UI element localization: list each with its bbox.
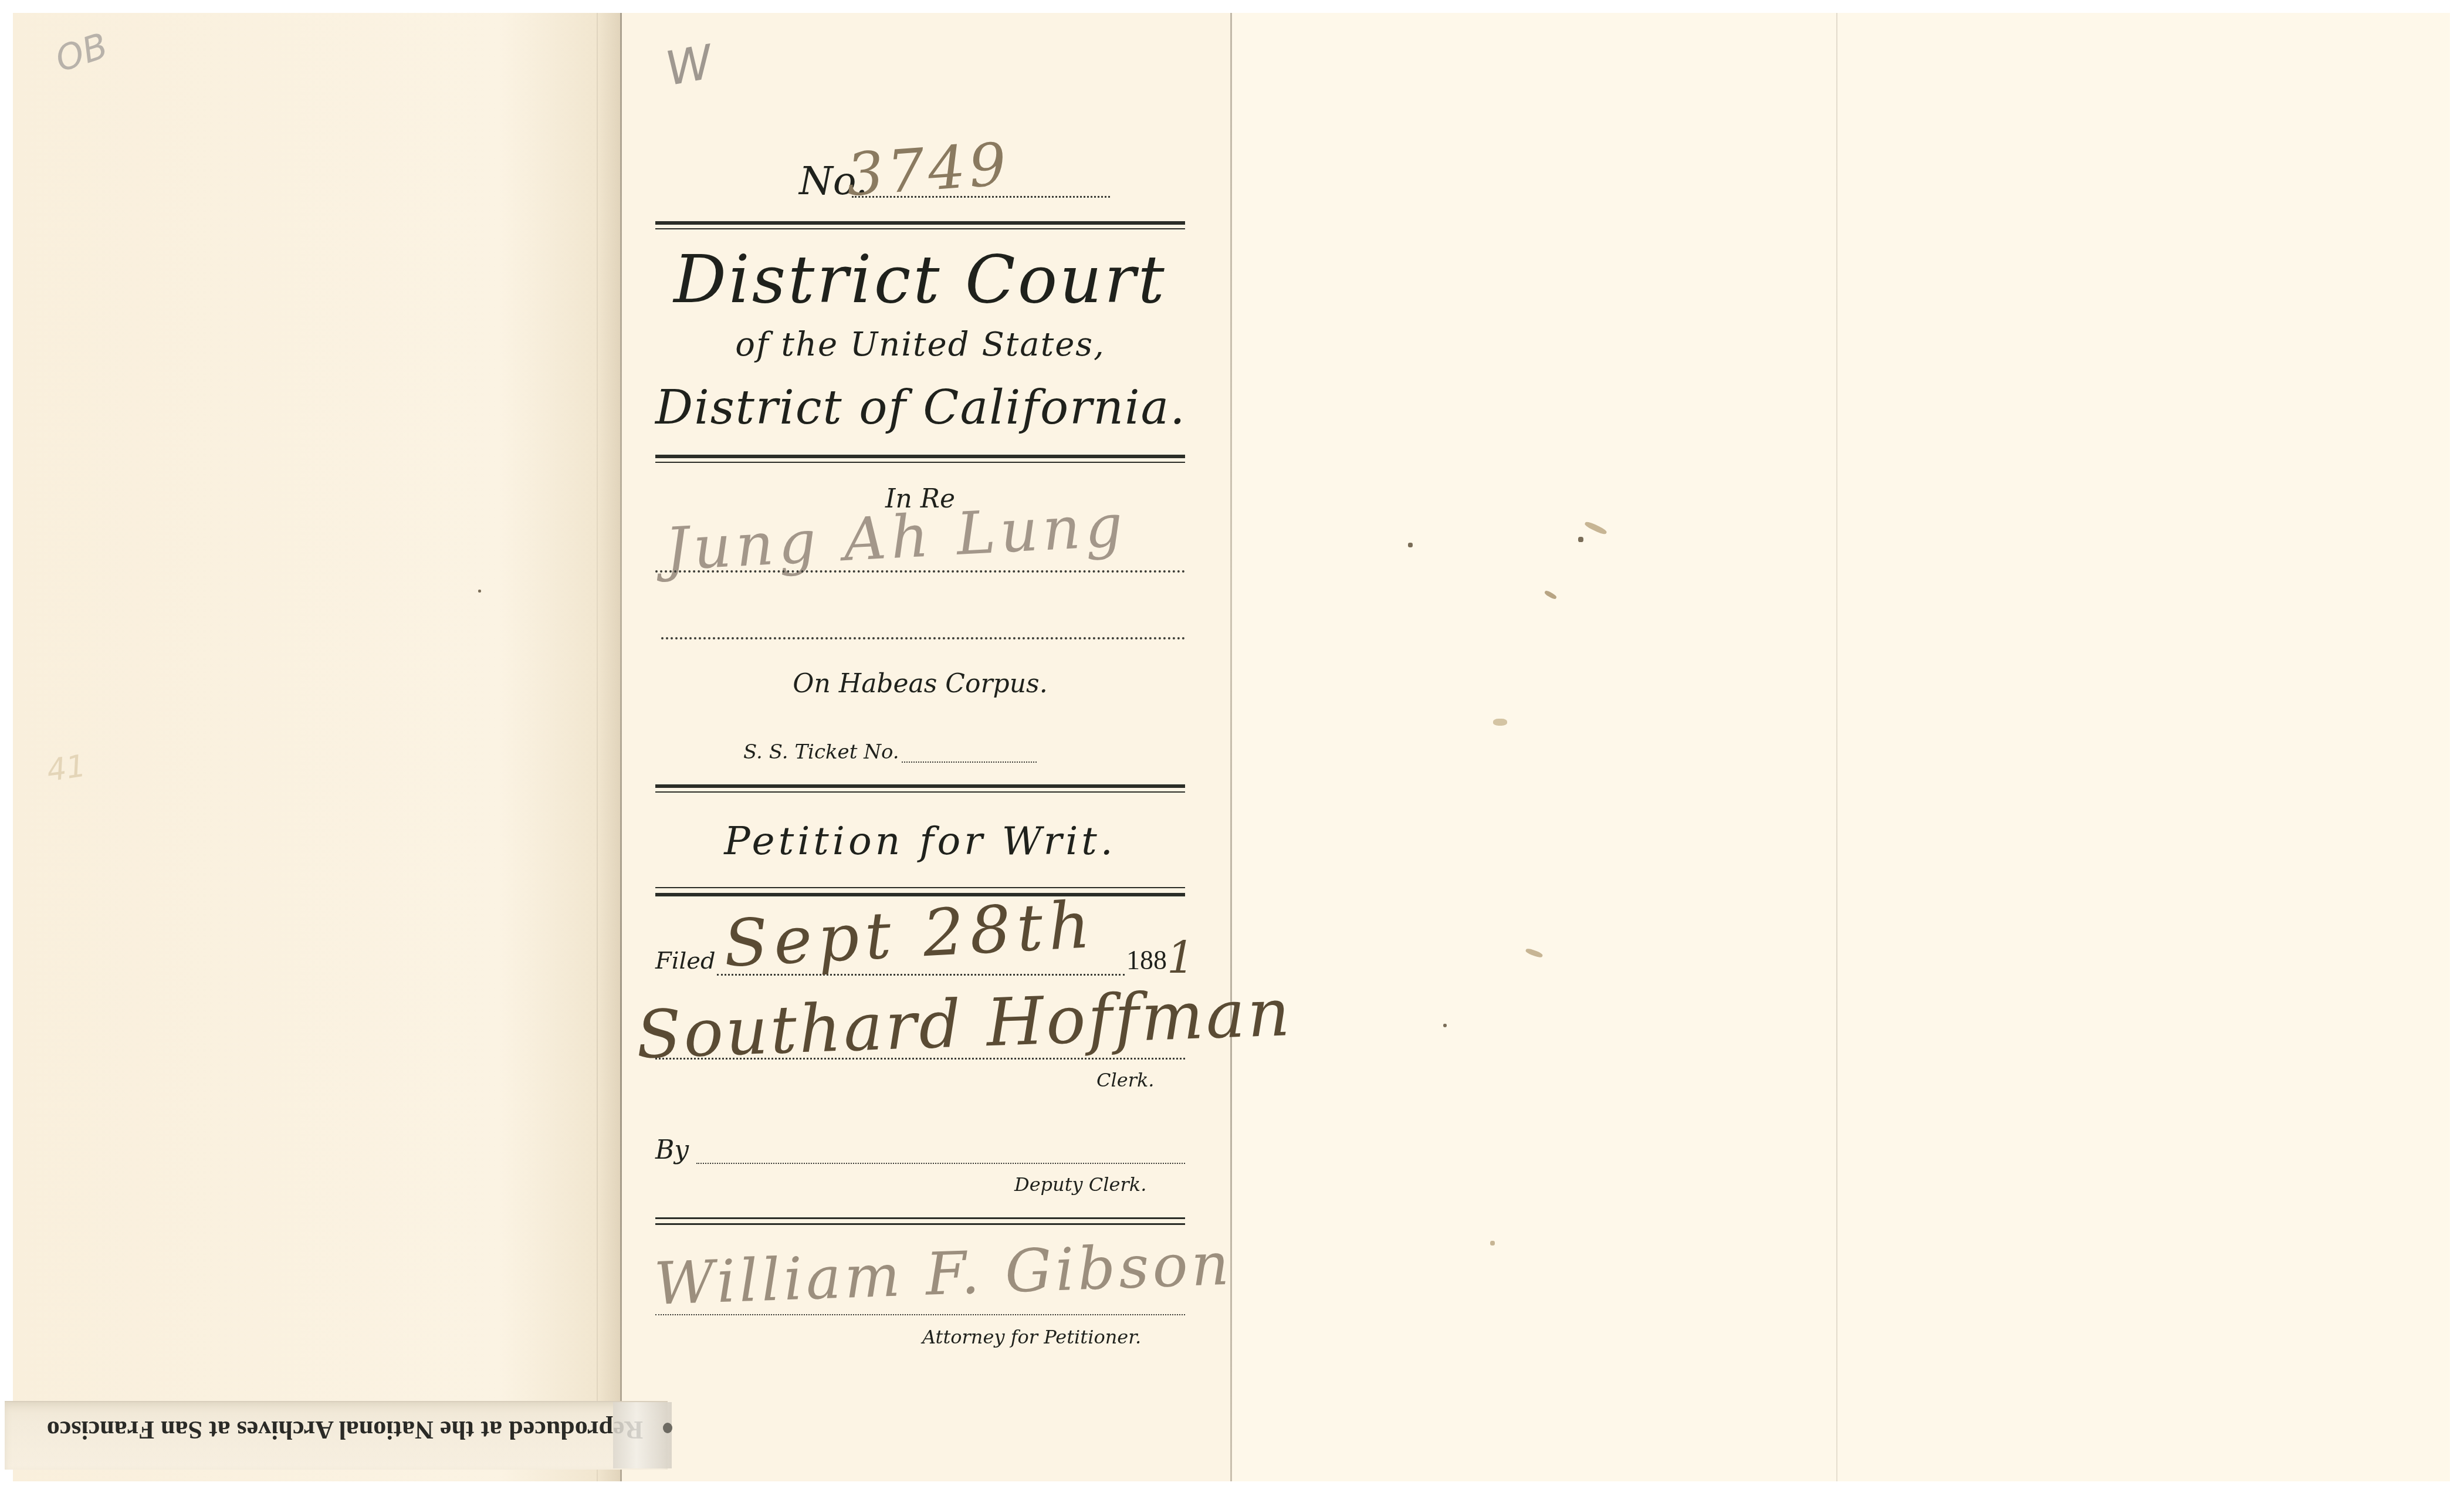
filed-date-handwritten: Sept 28th [722, 887, 1098, 981]
rule-5 [655, 1217, 1185, 1226]
fold-line-faint [1836, 13, 1837, 1481]
speck [1443, 1024, 1447, 1027]
petitioner-line-2 [661, 637, 1185, 639]
court-district: District of California. [655, 380, 1185, 435]
court-subtitle: of the United States, [655, 326, 1185, 364]
deputy-clerk-label: Deputy Clerk. [1014, 1173, 1146, 1196]
rule-3 [655, 784, 1185, 794]
archive-label-text: Reproduced at the National Archives at S… [40, 1415, 650, 1445]
by-label: By [655, 1135, 689, 1165]
archive-label-strip: Reproduced at the National Archives at S… [5, 1401, 668, 1470]
speck [1490, 1241, 1495, 1245]
filed-year-suffix-handwritten: 1 [1167, 933, 1194, 983]
attorney-signature: William F. Gibson [653, 1230, 1234, 1318]
fold-line-inner [597, 13, 598, 1481]
rule-1 [655, 221, 1185, 231]
rule-2 [655, 455, 1185, 464]
filed-label: Filed [655, 947, 716, 974]
proceeding-label: On Habeas Corpus. [655, 669, 1185, 699]
clerk-signature-line [655, 1058, 1185, 1060]
clerk-label: Clerk. [1096, 1069, 1155, 1091]
speck [478, 590, 481, 593]
left-panel [13, 13, 620, 1481]
printed-form: No. 3749 District Court of the United St… [655, 0, 1185, 1496]
court-title: District Court [655, 242, 1185, 318]
attorney-signature-line [655, 1314, 1185, 1315]
speck [1408, 543, 1413, 547]
document-title: Petition for Writ. [655, 818, 1185, 864]
attorney-label: Attorney for Petitioner. [922, 1326, 1141, 1348]
clip-rivet [663, 1423, 672, 1433]
ticket-number-field [902, 761, 1037, 763]
filed-year-prefix: 188 [1126, 945, 1167, 976]
fold-line-left [620, 13, 622, 1481]
right-panel [1230, 13, 2450, 1481]
speck [1493, 719, 1507, 726]
petitioner-line-1 [655, 570, 1185, 573]
rule-4 [655, 887, 1185, 896]
binding-clip [613, 1402, 672, 1468]
fold-shadow [597, 13, 620, 1481]
case-number-handwritten: 3749 [844, 130, 1012, 209]
deputy-clerk-field [696, 1163, 1185, 1164]
ticket-label: S. S. Ticket No. [743, 740, 899, 764]
pencil-mark-left-mid: 41 [45, 749, 88, 789]
speck [1578, 537, 1583, 542]
